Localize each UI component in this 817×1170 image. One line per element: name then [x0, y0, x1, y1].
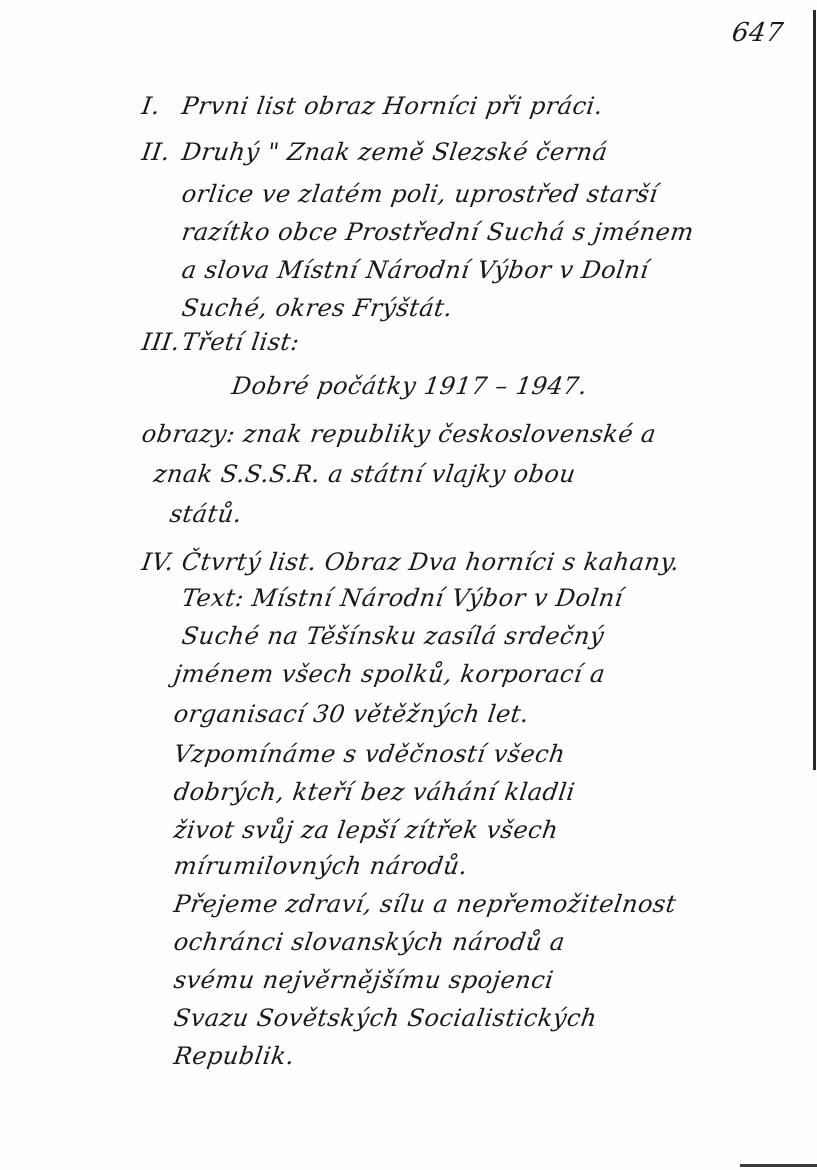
section-numeral: I.	[140, 92, 184, 120]
line-text: jménem všech spolků, korporací a	[172, 660, 607, 688]
line-text: Dobré počátky 1917 – 1947.	[230, 372, 589, 400]
line-9: obrazy: znak republiky československé a	[140, 420, 658, 448]
line-7: III.Třetí list:	[140, 328, 301, 356]
line-12: IV.Čtvrtý list. Obraz Dva horníci s kaha…	[140, 548, 681, 576]
line-text: Druhý " Znak země Slezské černá	[180, 138, 610, 166]
line-text: Prvni list obraz Horníci při práci.	[180, 92, 605, 120]
line-text: orlice ve zlatém poli, uprostřed starší	[180, 180, 660, 208]
line-8: Dobré počátky 1917 – 1947.	[230, 372, 589, 400]
line-1: I.Prvni list obraz Horníci při práci.	[140, 92, 605, 120]
line-24: Svazu Sovětských Socialistických	[172, 1004, 599, 1032]
section-numeral: III.	[140, 328, 184, 356]
line-18: dobrých, kteří bez váhání kladli	[172, 778, 577, 806]
line-21: Přejeme zdraví, sílu a nepřemožitelnost	[172, 890, 678, 918]
line-text: Třetí list:	[180, 328, 301, 356]
line-text: svému nejvěrnějšímu spojenci	[172, 966, 555, 994]
line-text: obrazy: znak republiky československé a	[140, 420, 658, 448]
page-number: 647	[730, 18, 785, 48]
line-text: Přejeme zdraví, sílu a nepřemožitelnost	[172, 890, 678, 918]
line-15: jménem všech spolků, korporací a	[172, 660, 607, 688]
line-text: organisací 30 větěžných let.	[172, 700, 531, 728]
line-text: razítko obce Prostřední Suchá s jménem	[180, 218, 696, 246]
line-25: Republik.	[172, 1042, 296, 1070]
section-numeral: IV.	[140, 548, 184, 576]
line-20: mírumilovných národů.	[172, 852, 470, 880]
line-text: Suché, okres Frýštát.	[180, 294, 455, 322]
line-text: život svůj za lepší zítřek všech	[172, 816, 560, 844]
line-text: Vzpomínáme s vděčností všech	[172, 740, 567, 768]
line-text: Suché na Těšínsku zasílá srdečný	[180, 622, 606, 650]
line-text: dobrých, kteří bez váhání kladli	[172, 778, 577, 806]
line-19: život svůj za lepší zítřek všech	[172, 816, 560, 844]
line-10: znak S.S.S.R. a státní vlajky obou	[152, 460, 578, 488]
line-22: ochránci slovanských národů a	[172, 928, 567, 956]
section-numeral: II.	[140, 138, 184, 166]
line-11: států.	[168, 500, 244, 528]
line-text: znak S.S.S.R. a státní vlajky obou	[152, 460, 578, 488]
line-text: Svazu Sovětských Socialistických	[172, 1004, 599, 1032]
line-text: Republik.	[172, 1042, 296, 1070]
line-4: razítko obce Prostřední Suchá s jménem	[180, 218, 696, 246]
line-5: a slova Místní Národní Výbor v Dolní	[180, 256, 651, 284]
line-text: mírumilovných národů.	[172, 852, 470, 880]
scanned-page: 647 I.Prvni list obraz Horníci při práci…	[0, 0, 817, 1170]
line-16: organisací 30 větěžných let.	[172, 700, 531, 728]
line-6: Suché, okres Frýštát.	[180, 294, 455, 322]
line-text: a slova Místní Národní Výbor v Dolní	[180, 256, 651, 284]
line-23: svému nejvěrnějšímu spojenci	[172, 966, 555, 994]
line-2: II.Druhý " Znak země Slezské černá	[140, 138, 610, 166]
line-14: Suché na Těšínsku zasílá srdečný	[180, 622, 606, 650]
line-13: Text: Místní Národní Výbor v Dolní	[180, 584, 625, 612]
page-edge-bottom	[740, 1164, 817, 1167]
page-edge-right	[813, 10, 816, 770]
line-text: Čtvrtý list. Obraz Dva horníci s kahany.	[180, 548, 681, 576]
line-3: orlice ve zlatém poli, uprostřed starší	[180, 180, 660, 208]
line-text: ochránci slovanských národů a	[172, 928, 567, 956]
line-text: Text: Místní Národní Výbor v Dolní	[180, 584, 625, 612]
line-17: Vzpomínáme s vděčností všech	[172, 740, 567, 768]
line-text: států.	[168, 500, 244, 528]
